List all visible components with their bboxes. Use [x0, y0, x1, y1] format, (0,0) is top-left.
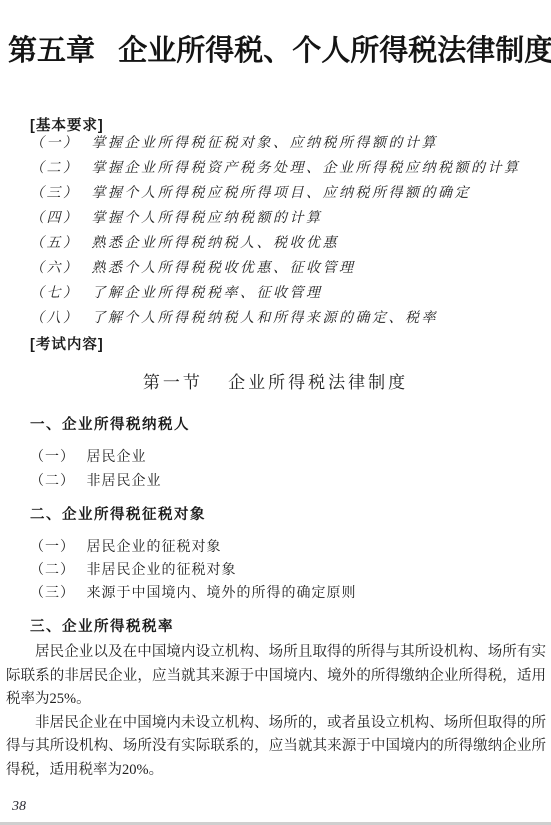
basic-requirements-list: （一） 掌握企业所得税征税对象、应纳税所得额的计算 （二） 掌握企业所得税资产税…	[30, 131, 541, 331]
item-text: 居民企业的征税对象	[87, 540, 222, 555]
page-number: 38	[12, 799, 26, 815]
subsection-heading-taxpayers: 一、企业所得税纳税人	[30, 413, 190, 434]
requirement-item: （四） 掌握个人所得税应纳税额的计算	[30, 206, 541, 231]
item-number: （三）	[30, 586, 75, 601]
chapter-heading: 第五章 企业所得税、个人所得税法律制度	[8, 30, 547, 72]
requirement-item: （六） 熟悉个人所得税税收优惠、征收管理	[30, 256, 541, 281]
item-text: 非居民企业	[87, 474, 162, 489]
list-item: （三） 来源于中国境内、境外的所得的确定原则	[30, 582, 541, 605]
section-title: 第一节 企业所得税法律制度	[0, 368, 551, 393]
item-text: 居民企业	[87, 450, 147, 465]
item-text: 掌握企业所得税征税对象、应纳税所得额的计算	[92, 136, 439, 151]
item-text: 了解企业所得税税率、征收管理	[92, 286, 323, 301]
item-number: （六）	[30, 261, 80, 276]
subsection-heading-tax-objects: 二、企业所得税征税对象	[30, 503, 206, 524]
item-number: （二）	[30, 474, 75, 489]
list-item: （一） 居民企业	[30, 446, 541, 470]
body-paragraphs: 居民企业以及在中国境内设立机构、场所且取得的所得与其所设机构、场所有实际联系的非…	[6, 641, 546, 782]
item-text: 来源于中国境内、境外的所得的确定原则	[87, 586, 357, 601]
requirement-item: （一） 掌握企业所得税征税对象、应纳税所得额的计算	[30, 131, 541, 156]
document-page: 第五章 企业所得税、个人所得税法律制度 [基本要求] （一） 掌握企业所得税征税…	[0, 0, 551, 825]
section-number: 第一节	[143, 373, 203, 392]
item-number: （一）	[30, 450, 75, 465]
list-item: （二） 非居民企业	[30, 470, 541, 494]
list-item: （一） 居民企业的征税对象	[30, 536, 541, 559]
item-number: （一）	[30, 540, 75, 555]
requirement-item: （三） 掌握个人所得税应税所得项目、应纳税所得额的确定	[30, 181, 541, 206]
tax-objects-list: （一） 居民企业的征税对象 （二） 非居民企业的征税对象 （三） 来源于中国境内…	[30, 536, 541, 605]
item-text: 熟悉企业所得税纳税人、税收优惠	[92, 236, 340, 251]
item-number: （一）	[30, 136, 80, 151]
requirement-item: （二） 掌握企业所得税资产税务处理、企业所得税应纳税额的计算	[30, 156, 541, 181]
requirement-item: （八） 了解个人所得税纳税人和所得来源的确定、税率	[30, 306, 541, 331]
list-item: （二） 非居民企业的征税对象	[30, 559, 541, 582]
item-number: （八）	[30, 311, 80, 326]
item-number: （二）	[30, 563, 75, 578]
item-number: （五）	[30, 236, 80, 251]
chapter-number: 第五章	[8, 35, 95, 67]
item-text: 掌握企业所得税资产税务处理、企业所得税应纳税额的计算	[92, 161, 521, 176]
chapter-title: 企业所得税、个人所得税法律制度	[118, 35, 551, 67]
item-text: 非居民企业的征税对象	[87, 563, 237, 578]
section-name: 企业所得税法律制度	[228, 373, 408, 392]
item-number: （七）	[30, 286, 80, 301]
exam-content-heading: [考试内容]	[30, 333, 104, 354]
item-text: 掌握个人所得税应纳税额的计算	[92, 211, 323, 226]
paragraph: 非居民企业在中国境内未设立机构、场所的，或者虽设立机构、场所但取得的所得与其所设…	[6, 712, 546, 783]
item-number: （三）	[30, 186, 80, 201]
requirement-item: （五） 熟悉企业所得税纳税人、税收优惠	[30, 231, 541, 256]
item-number: （四）	[30, 211, 80, 226]
item-text: 熟悉个人所得税税收优惠、征收管理	[92, 261, 356, 276]
requirement-item: （七） 了解企业所得税税率、征收管理	[30, 281, 541, 306]
item-text: 掌握个人所得税应税所得项目、应纳税所得额的确定	[92, 186, 472, 201]
item-text: 了解个人所得税纳税人和所得来源的确定、税率	[92, 311, 439, 326]
taxpayers-list: （一） 居民企业 （二） 非居民企业	[30, 446, 541, 494]
paragraph: 居民企业以及在中国境内设立机构、场所且取得的所得与其所设机构、场所有实际联系的非…	[6, 641, 546, 712]
item-number: （二）	[30, 161, 80, 176]
subsection-heading-tax-rate: 三、企业所得税税率	[30, 615, 174, 636]
